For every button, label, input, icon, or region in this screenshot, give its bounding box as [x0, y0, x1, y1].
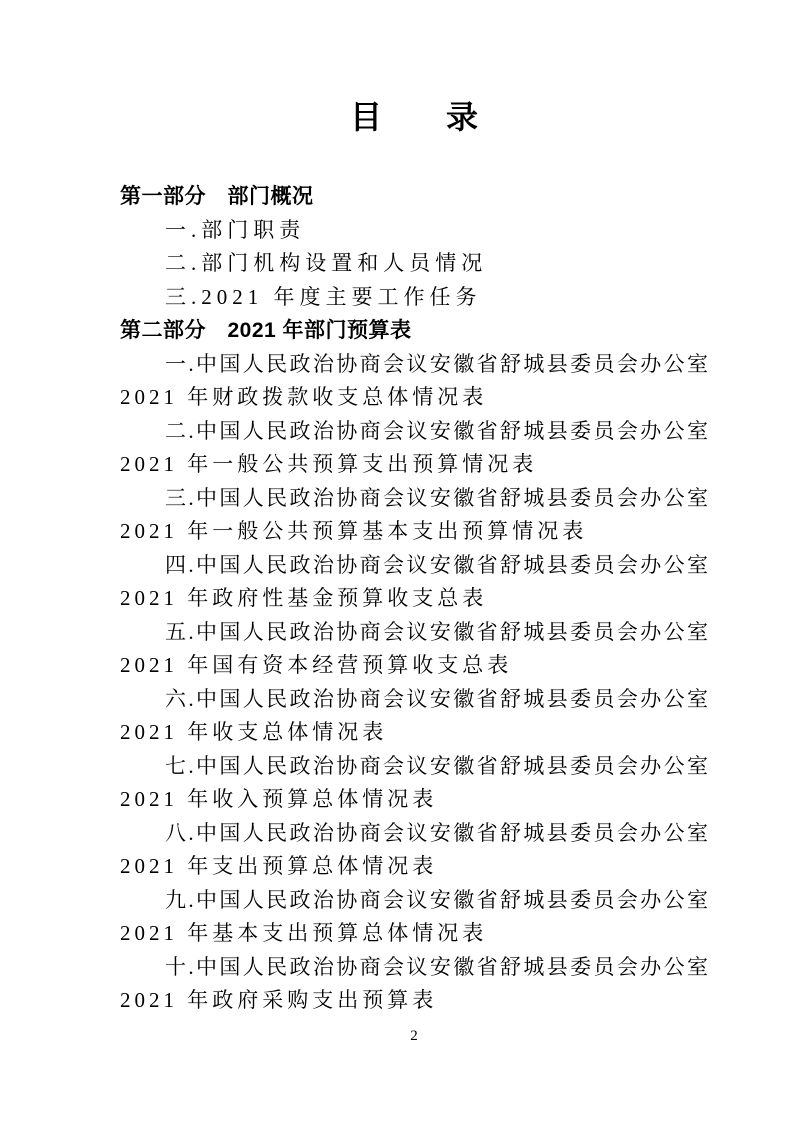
document-page: 目 录 第一部分 部门概况 一.部门职责 二.部门机构设置和人员情况 三.202…	[0, 0, 793, 1122]
toc-entry-line1: 六.中国人民政治协商会议安徽省舒城县委员会办公室	[120, 683, 708, 717]
toc-entry-part2-3: 三.中国人民政治协商会议安徽省舒城县委员会办公室 2021 年一般公共预算基本支…	[120, 482, 708, 549]
toc-entry-line2: 2021 年政府性基金预算收支总表	[120, 582, 708, 616]
toc-entry-line2: 2021 年财政拨款收支总体情况表	[120, 381, 708, 415]
toc-entry-line1: 九.中国人民政治协商会议安徽省舒城县委员会办公室	[120, 884, 708, 918]
toc-entry-part2-1: 一.中国人民政治协商会议安徽省舒城县委员会办公室 2021 年财政拨款收支总体情…	[120, 348, 708, 415]
toc-entry-part1-2: 二.部门机构设置和人员情况	[120, 247, 708, 281]
toc-entry-part1-3: 三.2021 年度主要工作任务	[120, 281, 708, 315]
toc-entry-part2-9: 九.中国人民政治协商会议安徽省舒城县委员会办公室 2021 年基本支出预算总体情…	[120, 884, 708, 951]
toc-entry-line2: 2021 年一般公共预算基本支出预算情况表	[120, 515, 708, 549]
page-number: 2	[120, 1028, 708, 1044]
part2-heading: 第二部分 2021 年部门预算表	[120, 314, 708, 348]
toc-entry-line2: 2021 年收支总体情况表	[120, 716, 708, 750]
toc-entry-part2-8: 八.中国人民政治协商会议安徽省舒城县委员会办公室 2021 年支出预算总体情况表	[120, 817, 708, 884]
toc-entry-part1-1: 一.部门职责	[120, 214, 708, 248]
page-title: 目 录	[120, 98, 708, 136]
toc-entry-line1: 七.中国人民政治协商会议安徽省舒城县委员会办公室	[120, 750, 708, 784]
toc-entry-line2: 2021 年国有资本经营预算收支总表	[120, 649, 708, 683]
toc-entry-line1: 十.中国人民政治协商会议安徽省舒城县委员会办公室	[120, 951, 708, 985]
toc-entry-line1: 八.中国人民政治协商会议安徽省舒城县委员会办公室	[120, 817, 708, 851]
toc-entry-line2: 2021 年支出预算总体情况表	[120, 850, 708, 884]
toc-entry-line1: 一.中国人民政治协商会议安徽省舒城县委员会办公室	[120, 348, 708, 382]
toc-entry-part2-7: 七.中国人民政治协商会议安徽省舒城县委员会办公室 2021 年收入预算总体情况表	[120, 750, 708, 817]
toc-entry-line1: 五.中国人民政治协商会议安徽省舒城县委员会办公室	[120, 616, 708, 650]
toc-entry-line2: 2021 年基本支出预算总体情况表	[120, 917, 708, 951]
toc-entry-part2-6: 六.中国人民政治协商会议安徽省舒城县委员会办公室 2021 年收支总体情况表	[120, 683, 708, 750]
toc-entry-line1: 二.中国人民政治协商会议安徽省舒城县委员会办公室	[120, 415, 708, 449]
toc-entry-line1: 四.中国人民政治协商会议安徽省舒城县委员会办公室	[120, 549, 708, 583]
table-of-contents: 第一部分 部门概况 一.部门职责 二.部门机构设置和人员情况 三.2021 年度…	[120, 180, 708, 1018]
toc-entry-line1: 三.中国人民政治协商会议安徽省舒城县委员会办公室	[120, 482, 708, 516]
part1-heading: 第一部分 部门概况	[120, 180, 708, 214]
toc-entry-part2-4: 四.中国人民政治协商会议安徽省舒城县委员会办公室 2021 年政府性基金预算收支…	[120, 549, 708, 616]
toc-entry-part2-5: 五.中国人民政治协商会议安徽省舒城县委员会办公室 2021 年国有资本经营预算收…	[120, 616, 708, 683]
toc-entry-line2: 2021 年政府采购支出预算表	[120, 984, 708, 1018]
toc-entry-line2: 2021 年收入预算总体情况表	[120, 783, 708, 817]
toc-entry-part2-10: 十.中国人民政治协商会议安徽省舒城县委员会办公室 2021 年政府采购支出预算表	[120, 951, 708, 1018]
toc-entry-line2: 2021 年一般公共预算支出预算情况表	[120, 448, 708, 482]
toc-entry-part2-2: 二.中国人民政治协商会议安徽省舒城县委员会办公室 2021 年一般公共预算支出预…	[120, 415, 708, 482]
